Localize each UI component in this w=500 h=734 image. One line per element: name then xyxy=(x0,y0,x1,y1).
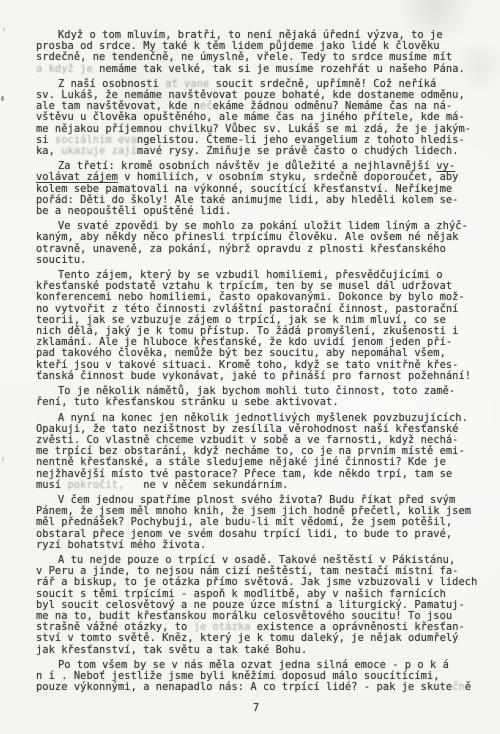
paragraph: A nyní na konec jen několik jednotlivých… xyxy=(36,413,490,491)
text-segment: jak křesťanství, tak světu a tak také Bo… xyxy=(36,644,307,656)
text-segment: kolem sebe pamatovali na výkonné, soucít… xyxy=(36,183,452,195)
text-line: jak křesťanství, tak světu a tak také Bo… xyxy=(36,645,490,656)
paragraph: Za třetí: kromě osobních návštěv je důle… xyxy=(36,161,490,217)
text-segment: obstaral přece jenom ve svém dosahu trpí… xyxy=(36,528,452,540)
text-segment: ryzí bohatství mého života. xyxy=(36,539,206,551)
text-segment: ství v tomto světě. Kněz, který je k tom… xyxy=(36,632,458,644)
page-number: 7 xyxy=(36,702,476,714)
text-line: pouze výkonnými, a nenapadlo nás: A co t… xyxy=(36,682,490,693)
text-line: soucitu. xyxy=(36,255,490,266)
text-line: ryzí bohatství mého života. xyxy=(36,540,490,551)
text-segment: soucit srdečně, upřímně! Což neříká xyxy=(209,78,436,90)
text-segment: A nyní na konec jen několik jednotlivých… xyxy=(58,412,468,424)
text-segment: be a neopouštěli opuštěné lidi. xyxy=(36,205,231,217)
text-segment: Opakuji, že tato nezištnost by zesílila … xyxy=(36,423,458,435)
text-segment: Z naší osobnosti xyxy=(58,78,165,90)
text-segment: ření, tuto křesťanskou stránku u sebe ak… xyxy=(36,396,339,408)
scan-artifact xyxy=(1,96,4,101)
text-segment: me nějakou příjemnou chvilku? Vůbec sv. … xyxy=(36,123,471,135)
text-segment: rář a biskup, to je otázka přímo světová… xyxy=(36,576,477,588)
faded-text: pokročit, xyxy=(68,479,125,491)
text-segment: kaným, aby někdy něco přinesli trpícímu … xyxy=(36,231,458,243)
faded-text: ukazuje zají xyxy=(61,145,137,157)
text-segment: otravně, unaveně, za pokání, nýbrž oprav… xyxy=(36,243,446,255)
text-segment: musí xyxy=(36,479,68,491)
faded-text: čn xyxy=(452,681,465,693)
paragraphs-container: Když o tom mluvím, bratři, to není nějak… xyxy=(36,30,490,693)
text-line: ka, ukazuje zajímavé rysy. Zmiňuje se pr… xyxy=(36,146,490,157)
paragraph: Tento zájem, který by se vzbudil homilie… xyxy=(36,270,490,382)
text-segment: srdečně, ne tendenčně, ne úmyslně, vřele… xyxy=(36,51,452,63)
text-segment: pouze výkonnými, a nenapadlo nás: A co t… xyxy=(36,681,452,693)
text-segment: nejžhavější místo tvé pastorace? Přece t… xyxy=(36,468,452,480)
text-line: ťanská činnost bude vykonávat, jaké to p… xyxy=(36,371,490,382)
paragraph: To je několik námětů, jak bychom mohli t… xyxy=(36,386,490,408)
faded-text: a když je xyxy=(36,63,93,75)
text-segment: měl přednášek? Pochybuji, ale budu-li mí… xyxy=(36,516,452,528)
text-segment: Po tom všem by se v nás měla ozvat jedna… xyxy=(58,659,449,671)
text-segment: soucitu. xyxy=(36,254,86,266)
text-line: a když je nemáme tak velké, tak si je mu… xyxy=(36,64,490,75)
text-segment: byl soucit celosvětový a ne pouze úzce m… xyxy=(36,599,465,611)
text-segment: ťanská činnost bude vykonávat, jaké to p… xyxy=(36,370,471,382)
scan-artifact xyxy=(3,28,5,31)
text-segment: konferencemi nebo homiliemi, často opako… xyxy=(36,291,465,303)
text-line: otravně, unaveně, za pokání, nýbrž oprav… xyxy=(36,244,490,255)
text-segment: ne v něčem sekundárním. xyxy=(124,479,288,491)
scan-artifact xyxy=(2,457,4,461)
paragraph: Z naší osobnosti ať vane soucit srdečně,… xyxy=(36,79,490,157)
text-line: musí pokročit, ne v něčem sekundárním. xyxy=(36,480,490,491)
text-segment: pad takového člověka, nemůže být bez sou… xyxy=(36,347,446,359)
paragraph: Když o tom mluvím, bratři, to není nějak… xyxy=(36,30,490,75)
text-line: ření, tuto křesťanskou stránku u sebe ak… xyxy=(36,397,490,408)
faded-text: ať vane xyxy=(165,78,209,90)
document-body: Když o tom mluvím, bratři, to není nějak… xyxy=(0,0,500,714)
text-segment: mavé rysy. Zmiňuje se právě často o chud… xyxy=(137,145,459,157)
text-segment: kteří jsou v takové situaci. Kromě toho,… xyxy=(36,359,458,371)
faded-text: je otázka xyxy=(194,621,251,633)
text-segment: ě xyxy=(465,681,471,693)
faded-text: eč xyxy=(200,100,213,112)
text-segment: no vytvořit z této činnosti zvláštní pas… xyxy=(36,303,458,315)
underlined-text: volávat zájem xyxy=(36,171,118,183)
paragraph: Po tom všem by se v nás měla ozvat jedna… xyxy=(36,660,490,694)
scanned-page: Když o tom mluvím, bratři, to není nějak… xyxy=(0,0,500,734)
text-segment: v homiliích, v osobním styku, srdečně do… xyxy=(118,171,459,183)
text-segment: ka, xyxy=(36,145,61,157)
paragraph: Ve svaté zpovědi by se mohlo za pokání u… xyxy=(36,221,490,266)
paragraph: V čem jednou spatříme plnost svého život… xyxy=(36,495,490,551)
text-segment: nentně křesťanské, a stále sledujeme něj… xyxy=(36,456,446,468)
paragraph: A tu nejde pouze o trpící v osadě. Takov… xyxy=(36,555,490,656)
text-segment: soucit s těmi trpícími - aspoň k modlitb… xyxy=(36,588,446,600)
text-segment: vštěvu u člověka opuštěného, ale máme ča… xyxy=(36,111,465,123)
text-segment: nemáme tak velké, tak si je musíme rozeh… xyxy=(93,63,465,75)
text-line: be a neopouštěli opuštěné lidi. xyxy=(36,206,490,217)
